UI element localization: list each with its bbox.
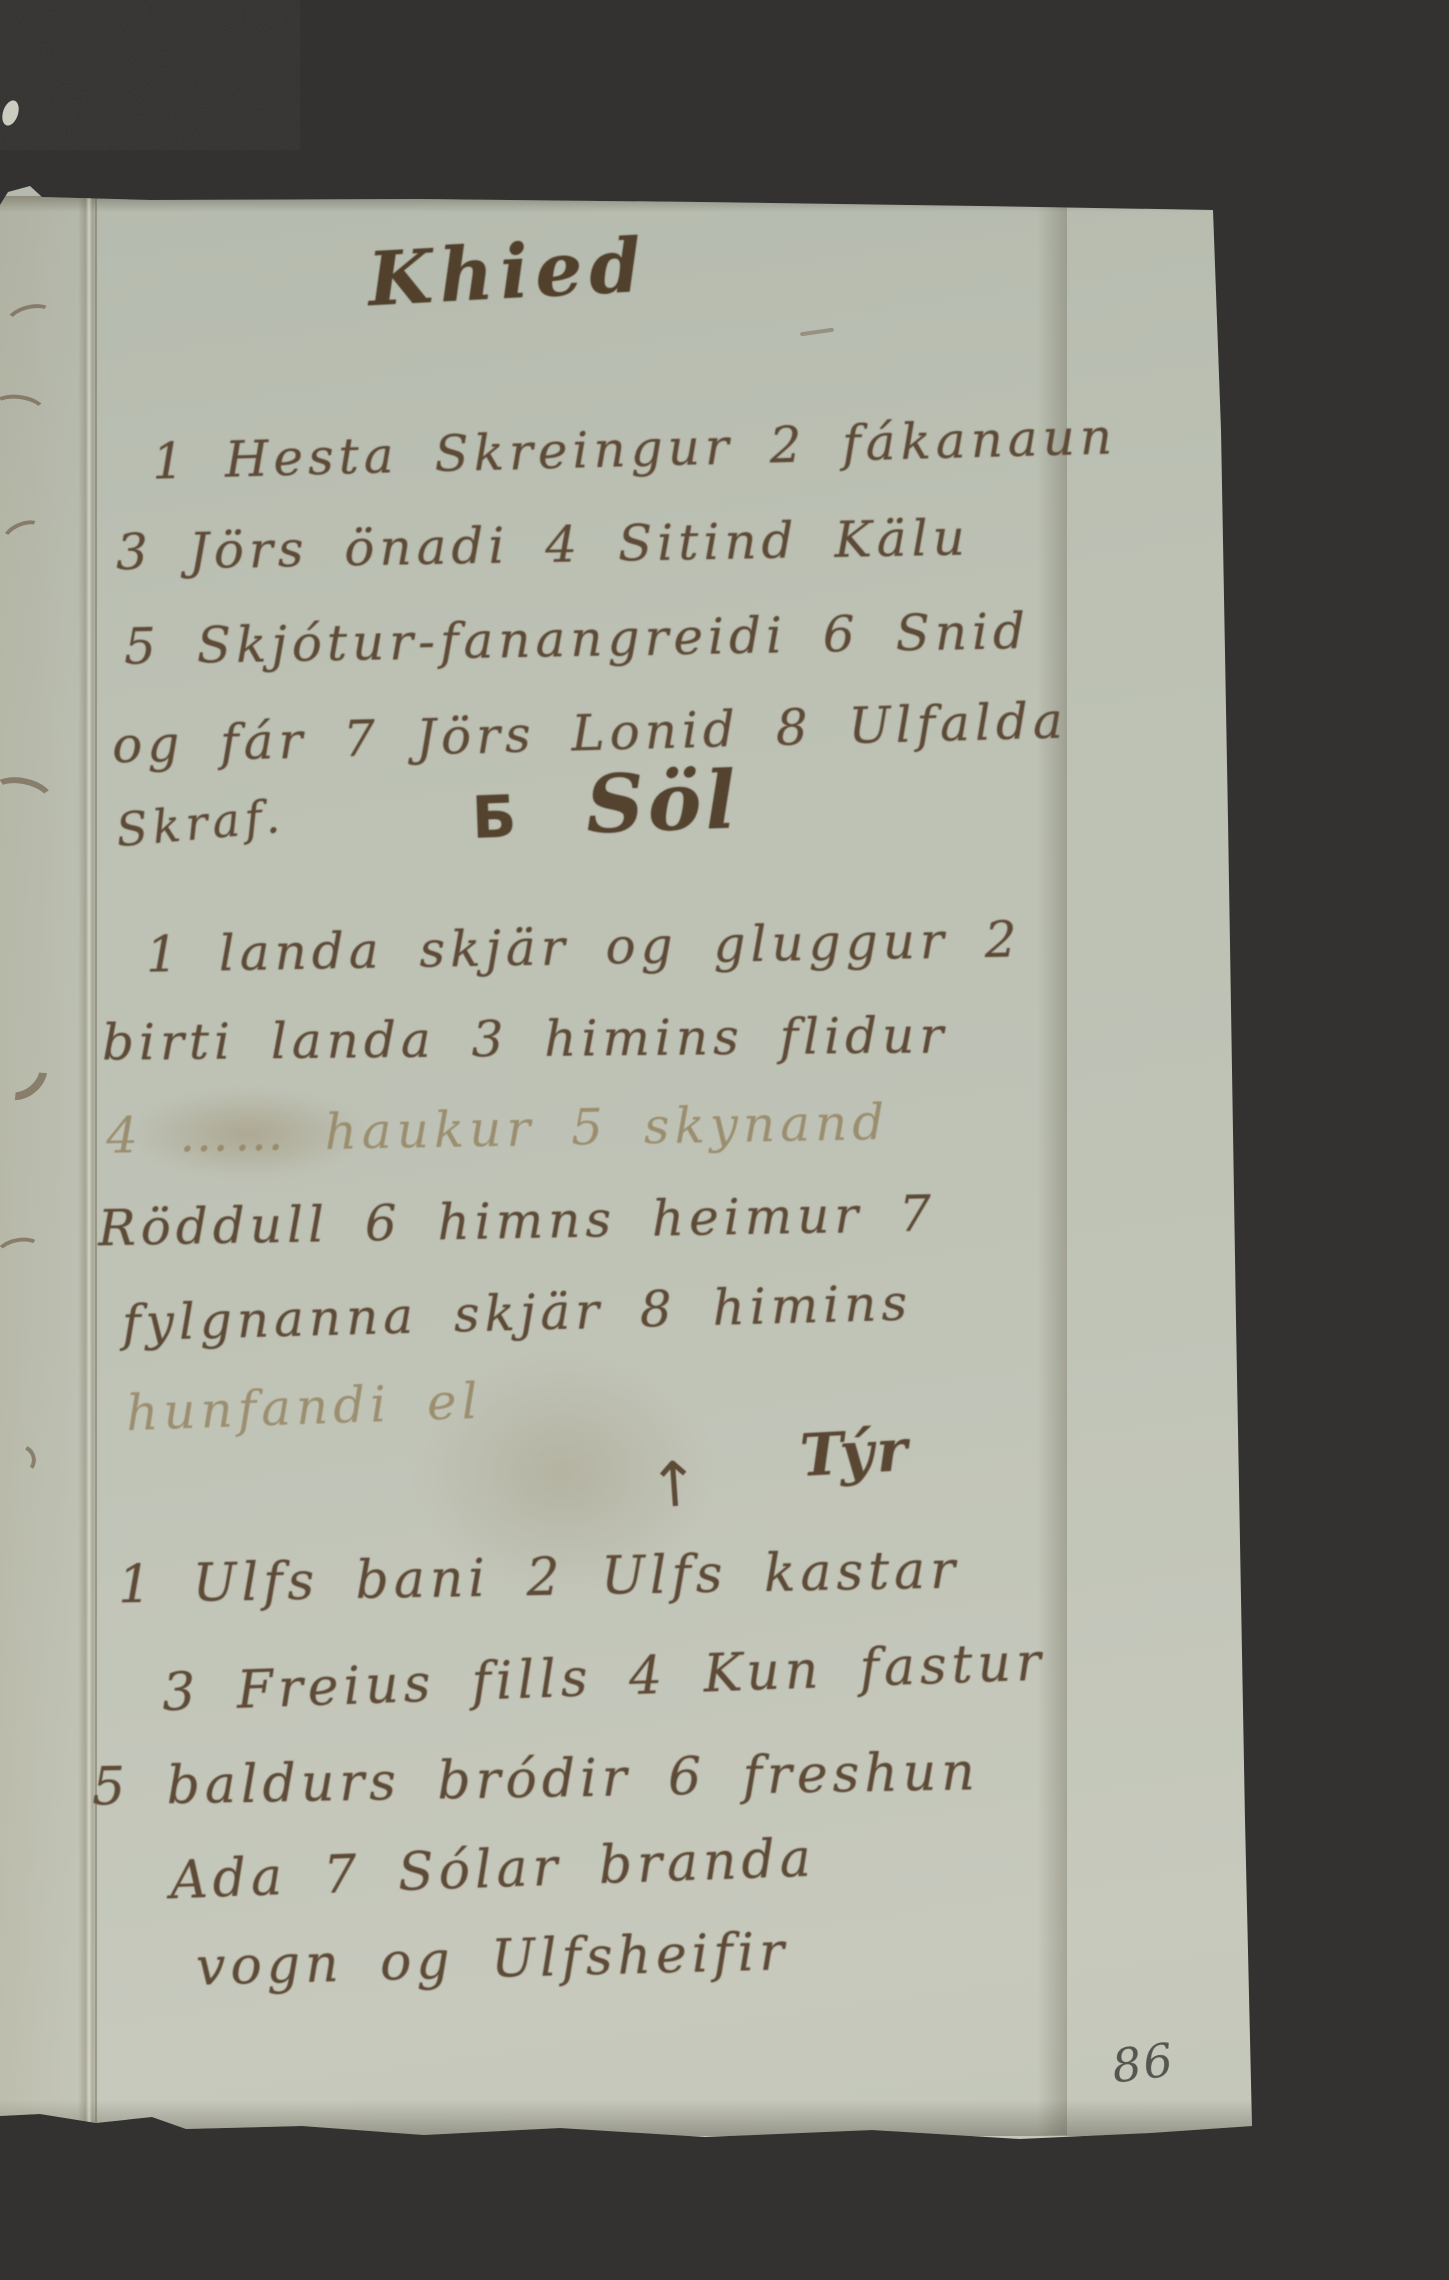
page-title: Khied: [366, 229, 650, 318]
manuscript-line: 5 Skjótur-fanangreidi 6 Snid: [124, 606, 1031, 672]
manuscript-line: Skraf.: [114, 793, 286, 854]
section-number: Б: [471, 787, 522, 847]
manuscript-line: 4 …… haukur 5 skynand: [106, 1097, 890, 1161]
page-bottom-edge-shadow: [0, 2100, 1255, 2136]
insertion-mark: ↑: [646, 1446, 703, 1522]
manuscript-line: 1 landa skjär og gluggur 2: [146, 914, 1022, 979]
manuscript-line: Röddull 6 himns heimur 7: [98, 1189, 937, 1254]
backdrop-texture: [0, 0, 300, 150]
stray-mark: [800, 328, 834, 337]
manuscript-line: hunfandi el: [125, 1376, 483, 1438]
manuscript-line: 1 Ulfs bani 2 Ulfs kastar: [118, 1545, 961, 1612]
paper-speck: [0, 98, 22, 127]
manuscript-page: Khied 1 Hesta Skreingur 2 fákanaun 3 Jör…: [0, 0, 1255, 2280]
manuscript-line: birti landa 3 himins flidur: [102, 1010, 949, 1067]
backdrop-texture-rect: [0, 0, 300, 150]
paper-texture: [0, 0, 300, 150]
folio-number: 86: [1109, 2036, 1177, 2089]
manuscript-line: fylgnanna skjär 8 himins: [121, 1278, 912, 1349]
facing-page-sliver: [0, 196, 84, 2124]
paper-mottle: [0, 0, 300, 150]
paper-mottle-rect: [0, 0, 300, 150]
manuscript-line: 5 baldurs bródir 6 freshun: [92, 1746, 981, 1813]
paper-grain-rect: [0, 0, 300, 150]
manuscript-line: 3 Freius fills 4 Kun fastur: [161, 1637, 1046, 1720]
manuscript-line: vogn og Ulfsheifir: [195, 1926, 789, 1994]
binding-crease-line: [95, 196, 97, 2126]
page-right-edge-shadow: [1037, 200, 1067, 2135]
manuscript-line: 1 Hesta Skreingur 2 fákanaun: [152, 411, 1118, 486]
manuscript-line: 3 Jörs önadi 4 Sitind Kälu: [116, 513, 971, 578]
section-heading: Söl: [585, 759, 741, 844]
manuscript-line: Ada 7 Sólar branda: [169, 1833, 816, 1908]
section-heading: Týr: [799, 1421, 912, 1485]
photo-backdrop: Khied 1 Hesta Skreingur 2 fákanaun 3 Jör…: [0, 0, 1449, 2280]
